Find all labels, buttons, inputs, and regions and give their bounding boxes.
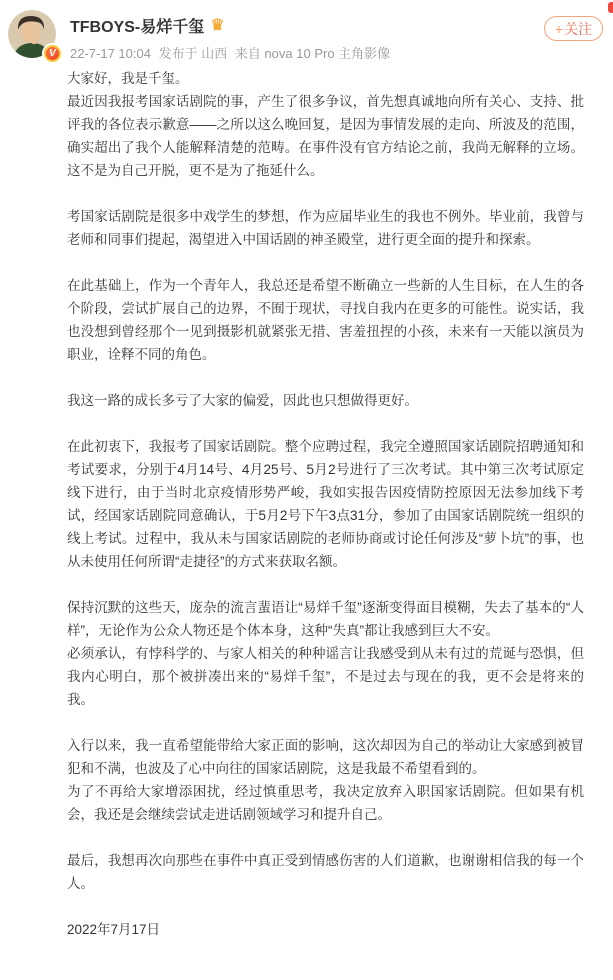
weibo-post-card: V TFBOYS-易烊千玺 ♛ 22-7-17 10:04 发布于 山西 来自 … (0, 0, 613, 980)
post-meta: 22-7-17 10:04 发布于 山西 来自 nova 10 Pro 主角影像 (70, 43, 394, 62)
follow-button-label: 关注 (564, 19, 592, 39)
user-line: TFBOYS-易烊千玺 ♛ (70, 14, 225, 37)
post-paragraph: 在此基础上，作为一个青年人，我总还是希望不断确立一些新的人生目标，在人生的各个阶… (67, 274, 584, 366)
post-header: V TFBOYS-易烊千玺 ♛ 22-7-17 10:04 发布于 山西 来自 … (0, 0, 613, 64)
post-date: 2022年7月17日 (67, 918, 613, 941)
post-paragraph: 考国家话剧院是很多中戏学生的梦想，作为应届毕业生的我也不例外。毕业前，我曾与老师… (67, 205, 584, 251)
vip-crown-icon: ♛ (210, 18, 224, 34)
post-paragraph: 大家好，我是千玺。 最近因我报考国家话剧院的事，产生了很多争议，首先想真诚地向所… (67, 67, 584, 182)
post-location: 发布于 山西 (159, 46, 228, 61)
post-paragraph: 最后，我想再次向那些在事件中真正受到情感伤害的人们道歉，也谢谢相信我的每一个人。 (67, 849, 584, 895)
post-paragraph: 保持沉默的这些天，庞杂的流言蜚语让“易烊千玺”逐渐变得面目模糊，失去了基本的“人… (67, 596, 584, 711)
clipped-red-icon[interactable] (608, 2, 613, 13)
post-source[interactable]: 来自 nova 10 Pro 主角影像 (235, 46, 390, 61)
username[interactable]: TFBOYS-易烊千玺 (70, 14, 204, 37)
post-paragraph: 我这一路的成长多亏了大家的偏爱，因此也只想做得更好。 (67, 389, 584, 412)
verified-v-icon: V (44, 45, 61, 62)
avatar[interactable]: V (8, 10, 56, 58)
follow-button[interactable]: + 关注 (544, 16, 603, 41)
plus-icon: + (555, 21, 563, 37)
post-time: 22-7-17 10:04 (70, 46, 151, 61)
post-paragraph: 入行以来，我一直希望能带给大家正面的影响，这次却因为自己的举动让大家感到被冒犯和… (67, 734, 584, 826)
post-paragraph: 在此初衷下，我报考了国家话剧院。整个应聘过程，我完全遵照国家话剧院招聘通知和考试… (67, 435, 584, 573)
post-body: 大家好，我是千玺。 最近因我报考国家话剧院的事，产生了很多争议，首先想真诚地向所… (0, 67, 613, 895)
